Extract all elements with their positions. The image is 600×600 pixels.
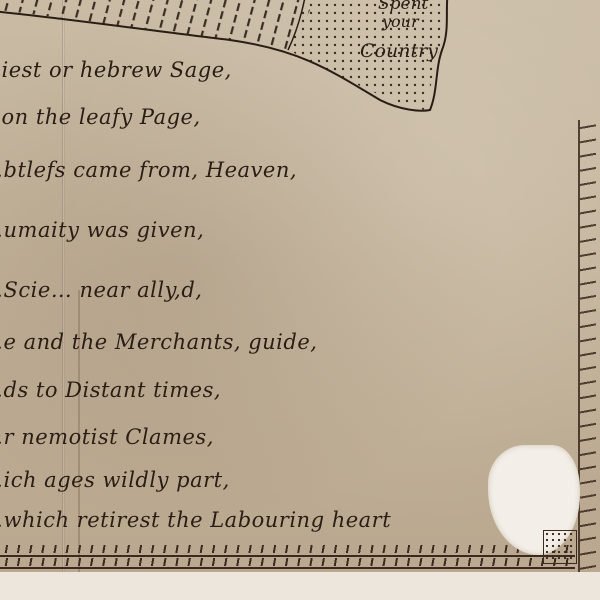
border-hatching-top [0, 545, 575, 553]
border-corner-ornament [543, 530, 577, 564]
border-rule [0, 555, 575, 557]
verse-line: …on the leafy Page, [0, 105, 201, 129]
verse-line: …btlefs came from, Heaven, [0, 158, 297, 182]
border-hatching-bottom [0, 558, 575, 566]
border-rule [0, 567, 575, 569]
verse-line: …e and the Merchants, guide, [0, 330, 317, 354]
verse-line: …r nemotist Clames, [0, 425, 214, 449]
decorative-border-right [578, 120, 596, 572]
verse-line: …ich ages wildly part, [0, 468, 230, 492]
verse-line: …Scie… near ally,d, [0, 278, 202, 302]
decorative-border-bottom [0, 545, 575, 567]
mounting-board [0, 572, 600, 600]
verse-line: …which retirest the Labouring heart [0, 508, 391, 532]
verse-line: …ds to Distant times, [0, 378, 221, 402]
verse-line: …umaity was given, [0, 218, 204, 242]
verse-line: …iest or hebrew Sage, [0, 58, 232, 82]
